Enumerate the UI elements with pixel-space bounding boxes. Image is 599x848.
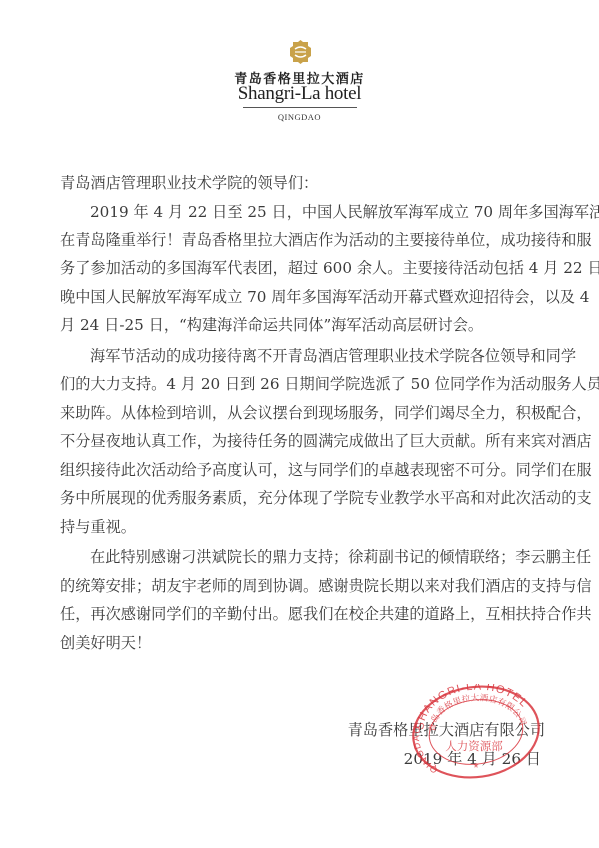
body-line: 晚中国人民解放军海军成立 70 周年多国海军活动开幕式暨欢迎招待会，以及 4: [60, 287, 546, 307]
body-line: 组织接待此次活动给予高度认可，这与同学们的卓越表现密不可分。同学们在服: [60, 460, 546, 480]
body-line: 在青岛隆重举行！青岛香格里拉大酒店作为活动的主要接待单位，成功接待和服: [60, 230, 546, 250]
company-seal-stamp: SHANGRI-LA HOTEL 青岛香格里拉大酒店有限公司 QINGDAO 人…: [410, 684, 542, 780]
shangri-la-emblem-icon: [290, 40, 311, 64]
body-line: 来助阵。从体检到培训，从会议摆台到现场服务，同学们竭尽全力，积极配合，: [60, 403, 546, 423]
body-line: 月 24 日-25 日，“构建海洋命运共同体”海军活动高层研讨会。: [60, 315, 546, 335]
brand-english-name: Shangri-La hotel: [0, 83, 599, 105]
body-line: 的统筹安排；胡友宇老师的周到协调。感谢贵院长期以来对我们酒店的支持与信: [60, 576, 546, 596]
logo-divider: [243, 107, 357, 108]
body-line: 务中所展现的优秀服务素质，充分体现了学院专业教学水平高和对此次活动的支: [60, 488, 546, 508]
body-line: 们的大力支持。4 月 20 日到 26 日期间学院选派了 50 位同学作为活动服…: [60, 374, 546, 394]
body-line: 持与重视。: [60, 517, 546, 537]
body-line: 务了参加活动的多国海军代表团，超过 600 余人。主要接待活动包括 4 月 22…: [60, 258, 546, 278]
brand-city: QINGDAO: [0, 112, 599, 122]
salutation: 青岛酒店管理职业技术学院的领导们：: [60, 173, 546, 193]
svg-text:*: *: [473, 760, 478, 775]
body-line: 海军节活动的成功接待离不开青岛酒店管理职业技术学院各位领导和同学: [90, 346, 576, 366]
body-line: 2019 年 4 月 22 日至 25 日，中国人民解放军海军成立 70 周年多…: [90, 202, 576, 222]
body-line: 任，再次感谢同学们的辛勤付出。愿我们在校企共建的道路上，互相扶持合作共: [60, 604, 546, 624]
svg-text:人力资源部: 人力资源部: [445, 739, 503, 753]
letterhead: 青岛香格里拉大酒店 Shangri-La hotel QINGDAO: [0, 0, 599, 130]
body-line: 不分昼夜地认真工作，为接待任务的圆满完成做出了巨大贡献。所有来宾对酒店: [60, 431, 546, 451]
body-line: 创美好明天！: [60, 633, 546, 653]
body-line: 在此特别感谢刁洪斌院长的鼎力支持；徐莉副书记的倾情联络；李云鹏主任: [90, 547, 576, 567]
